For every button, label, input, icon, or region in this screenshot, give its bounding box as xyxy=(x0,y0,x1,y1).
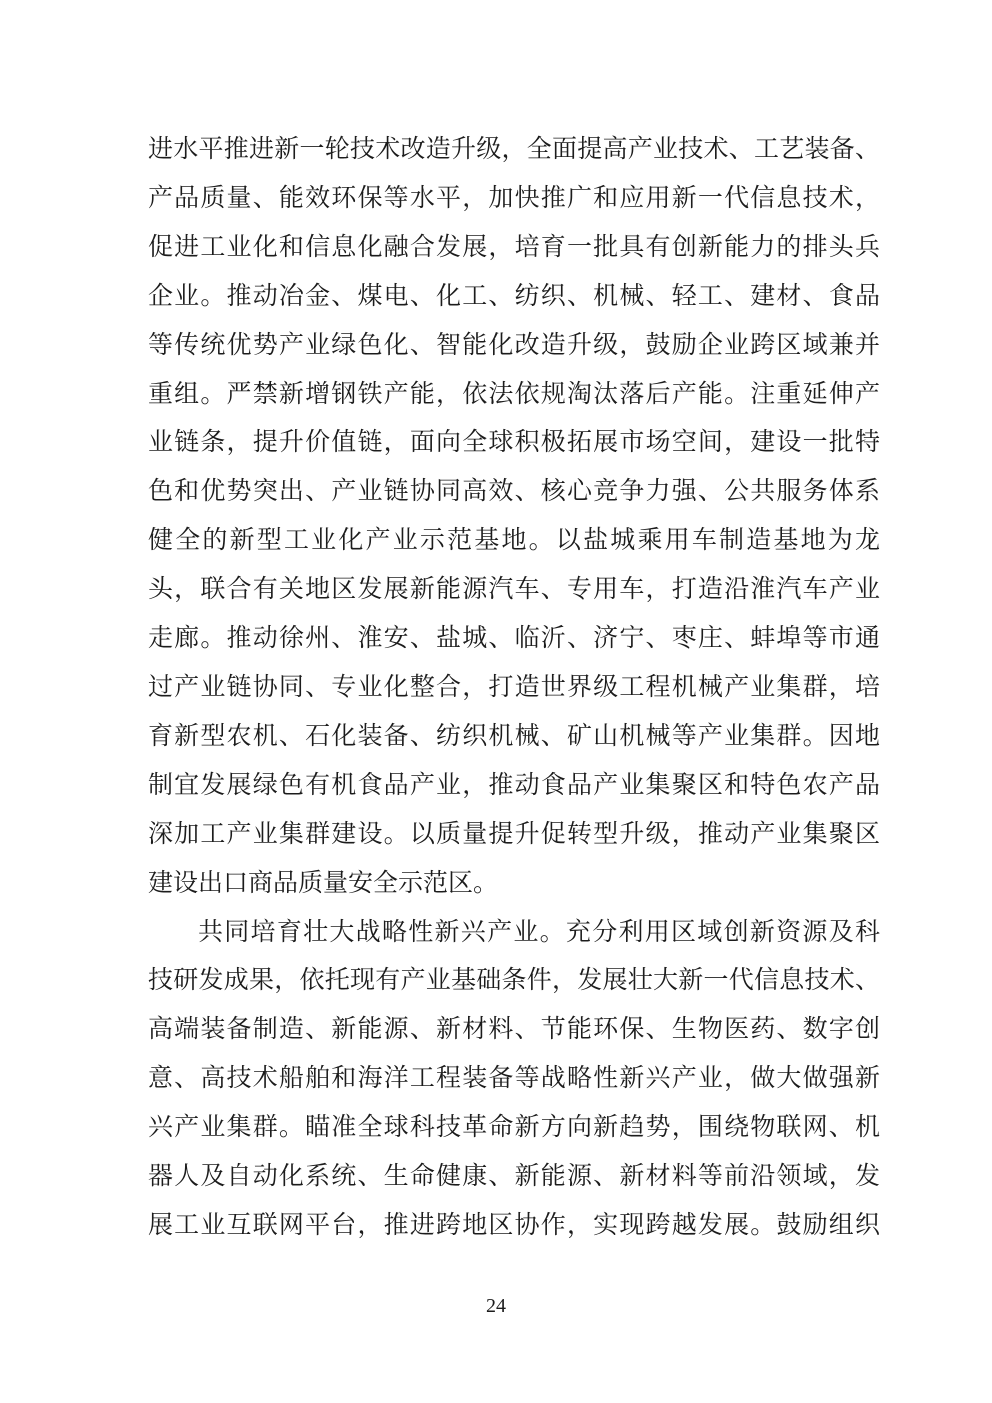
document-body: 进水平推进新一轮技术改造升级，全面提高产业技术、工艺装备、 产品质量、能效环保等… xyxy=(148,126,880,1251)
text-line: 色和优势突出、产业链协同高效、核心竞争力强、公共服务体系 xyxy=(148,468,880,517)
text-line: 企业。推动冶金、煤电、化工、纺织、机械、轻工、建材、食品 xyxy=(148,273,880,322)
text-line: 制宜发展绿色有机食品产业，推动食品产业集聚区和特色农产品 xyxy=(148,762,880,811)
text-line: 业链条，提升价值链，面向全球积极拓展市场空间，建设一批特 xyxy=(148,419,880,468)
text-line: 高端装备制造、新能源、新材料、节能环保、生物医药、数字创 xyxy=(148,1006,880,1055)
text-line: 兴产业集群。瞄准全球科技革命新方向新趋势，围绕物联网、机 xyxy=(148,1104,880,1153)
text-line-paragraph-start: 共同培育壮大战略性新兴产业。充分利用区域创新资源及科 xyxy=(148,909,880,958)
text-line: 进水平推进新一轮技术改造升级，全面提高产业技术、工艺装备、 xyxy=(148,126,880,175)
text-line: 意、高技术船舶和海洋工程装备等战略性新兴产业，做大做强新 xyxy=(148,1055,880,1104)
text-line: 产品质量、能效环保等水平，加快推广和应用新一代信息技术， xyxy=(148,175,880,224)
text-line-paragraph-end: 建设出口商品质量安全示范区。 xyxy=(148,860,880,909)
document-page: 进水平推进新一轮技术改造升级，全面提高产业技术、工艺装备、 产品质量、能效环保等… xyxy=(0,0,992,1403)
text-line: 展工业互联网平台，推进跨地区协作，实现跨越发展。鼓励组织 xyxy=(148,1202,880,1251)
text-line: 重组。严禁新增钢铁产能，依法依规淘汰落后产能。注重延伸产 xyxy=(148,371,880,420)
text-line: 走廊。推动徐州、淮安、盐城、临沂、济宁、枣庄、蚌埠等市通 xyxy=(148,615,880,664)
text-line: 深加工产业集群建设。以质量提升促转型升级，推动产业集聚区 xyxy=(148,811,880,860)
text-line: 技研发成果，依托现有产业基础条件，发展壮大新一代信息技术、 xyxy=(148,957,880,1006)
text-line: 育新型农机、石化装备、纺织机械、矿山机械等产业集群。因地 xyxy=(148,713,880,762)
text-line: 促进工业化和信息化融合发展，培育一批具有创新能力的排头兵 xyxy=(148,224,880,273)
page-number: 24 xyxy=(0,1293,992,1319)
text-line: 过产业链协同、专业化整合，打造世界级工程机械产业集群，培 xyxy=(148,664,880,713)
text-line: 器人及自动化系统、生命健康、新能源、新材料等前沿领域，发 xyxy=(148,1153,880,1202)
text-line: 头，联合有关地区发展新能源汽车、专用车，打造沿淮汽车产业 xyxy=(148,566,880,615)
text-line: 等传统优势产业绿色化、智能化改造升级，鼓励企业跨区域兼并 xyxy=(148,322,880,371)
text-line: 健全的新型工业化产业示范基地。以盐城乘用车制造基地为龙 xyxy=(148,517,880,566)
